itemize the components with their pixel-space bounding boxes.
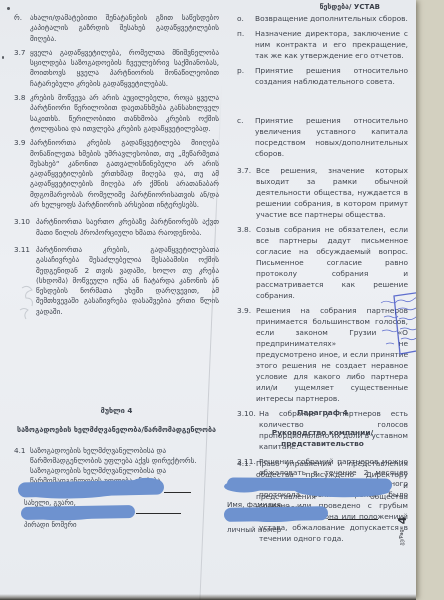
page-number-label: გვ/Page (399, 526, 405, 545)
paper-sheet: წესდება/ УСТАВ რ. ახალი/დამატებითი შენატ… (0, 0, 416, 600)
list-text: Возвращение дополнительных сборов. (255, 13, 408, 24)
page-number-value: 4 (396, 517, 409, 525)
clause-number: 3.8 (14, 93, 30, 134)
clause-number: 3.8. (237, 224, 256, 301)
clause: 3.7. Все решения, значение которых выход… (237, 165, 408, 220)
article-title: Руководство компании/представительство (237, 427, 408, 449)
redaction-blob (18, 479, 164, 497)
clause: 3.10 პარტნიორთა საერთო კრებაზე პარტნიორე… (14, 217, 219, 238)
list-marker: п. (237, 28, 255, 61)
list-text: ახალი/დამატებითი შენატანების გზით საწესდ… (30, 13, 219, 44)
list-item: с. Принятие решения относительно увеличе… (237, 115, 408, 159)
vertical-gap (237, 91, 408, 115)
list-marker: რ. (14, 13, 30, 44)
list-item: п. Назначение директора, заключение с ни… (237, 28, 408, 61)
pencil-marks (14, 282, 48, 324)
personal-number-label: личный номер (227, 525, 281, 534)
scan-speck (2, 56, 4, 59)
page-bottom-shadow (0, 594, 416, 600)
redaction-blob (21, 505, 135, 520)
clause-number: 3.10 (14, 217, 36, 238)
signature-line (328, 519, 378, 520)
page-number-rotated: გვ/Page 4 (395, 509, 409, 553)
list-text: Принятие решения относительно создания н… (255, 65, 408, 87)
redaction-blob (224, 506, 328, 522)
list-item: р. Принятие решения относительно создани… (237, 65, 408, 87)
clause-number: 3.7 (14, 48, 30, 89)
signature-line (136, 513, 181, 514)
clause-number: 3.9. (237, 305, 256, 404)
clause-text: ყველა გადაწყვეტილება, რომელთა მნიშვნელობ… (30, 48, 219, 89)
page-header: წესდება/ УСТАВ (320, 3, 380, 11)
clause-text: პარტნიორთა საერთო კრებაზე პარტნიორებს აქ… (36, 217, 219, 238)
clause-text: Все решения, значение которых выходит за… (256, 165, 408, 220)
clause-number: 3.9 (14, 138, 30, 210)
scanned-page: წესდება/ УСТАВ რ. ახალი/დამატებითი შენატ… (0, 0, 444, 600)
article-heading: Параграф 4 (237, 407, 408, 418)
personal-number-label: პირადი ნომერი (24, 521, 77, 529)
clause-text: კრების მოწვევა არ არის აუცილებელი, როცა … (30, 93, 219, 134)
clause-text: პარტნიორთა კრების, გადაწყვეტილებათა გასა… (36, 245, 219, 317)
scan-speck (7, 7, 10, 10)
clause: 3.7 ყველა გადაწყვეტილება, რომელთა მნიშვნ… (14, 48, 219, 89)
list-marker: о. (237, 13, 255, 24)
list-marker: с. (237, 115, 255, 159)
redaction-blob (227, 477, 392, 491)
clause-number: 3.7. (237, 165, 256, 220)
clause-number: 4.1 (14, 446, 30, 487)
signature-line (164, 492, 191, 493)
stamp (376, 287, 416, 361)
list-item: რ. ახალი/დამატებითი შენატანების გზით საწ… (14, 13, 219, 44)
article-title: საზოგადოების ხელმძღვანელობა/წარმომადგენლ… (14, 425, 219, 435)
list-marker: р. (237, 65, 255, 87)
list-item: о. Возвращение дополнительных сборов. (237, 13, 408, 24)
georgian-article-4: მუხლი 4 საზოგადოების ხელმძღვანელობა/წარმ… (14, 406, 219, 491)
list-text: Принятие решения относительно увеличения… (255, 115, 408, 159)
georgian-column: რ. ახალი/დამატებითი შენატანების გზით საწ… (14, 13, 219, 321)
clause-text: პარტნიორთა კრების გადაწყვეტილება მიიღება… (30, 138, 219, 210)
list-text: Назначение директора, заключение с ним к… (255, 28, 408, 61)
clause: 3.9 პარტნიორთა კრების გადაწყვეტილება მიი… (14, 138, 219, 210)
clause: 3.8 კრების მოწვევა არ არის აუცილებელი, რ… (14, 93, 219, 134)
article-heading: მუხლი 4 (14, 406, 219, 416)
